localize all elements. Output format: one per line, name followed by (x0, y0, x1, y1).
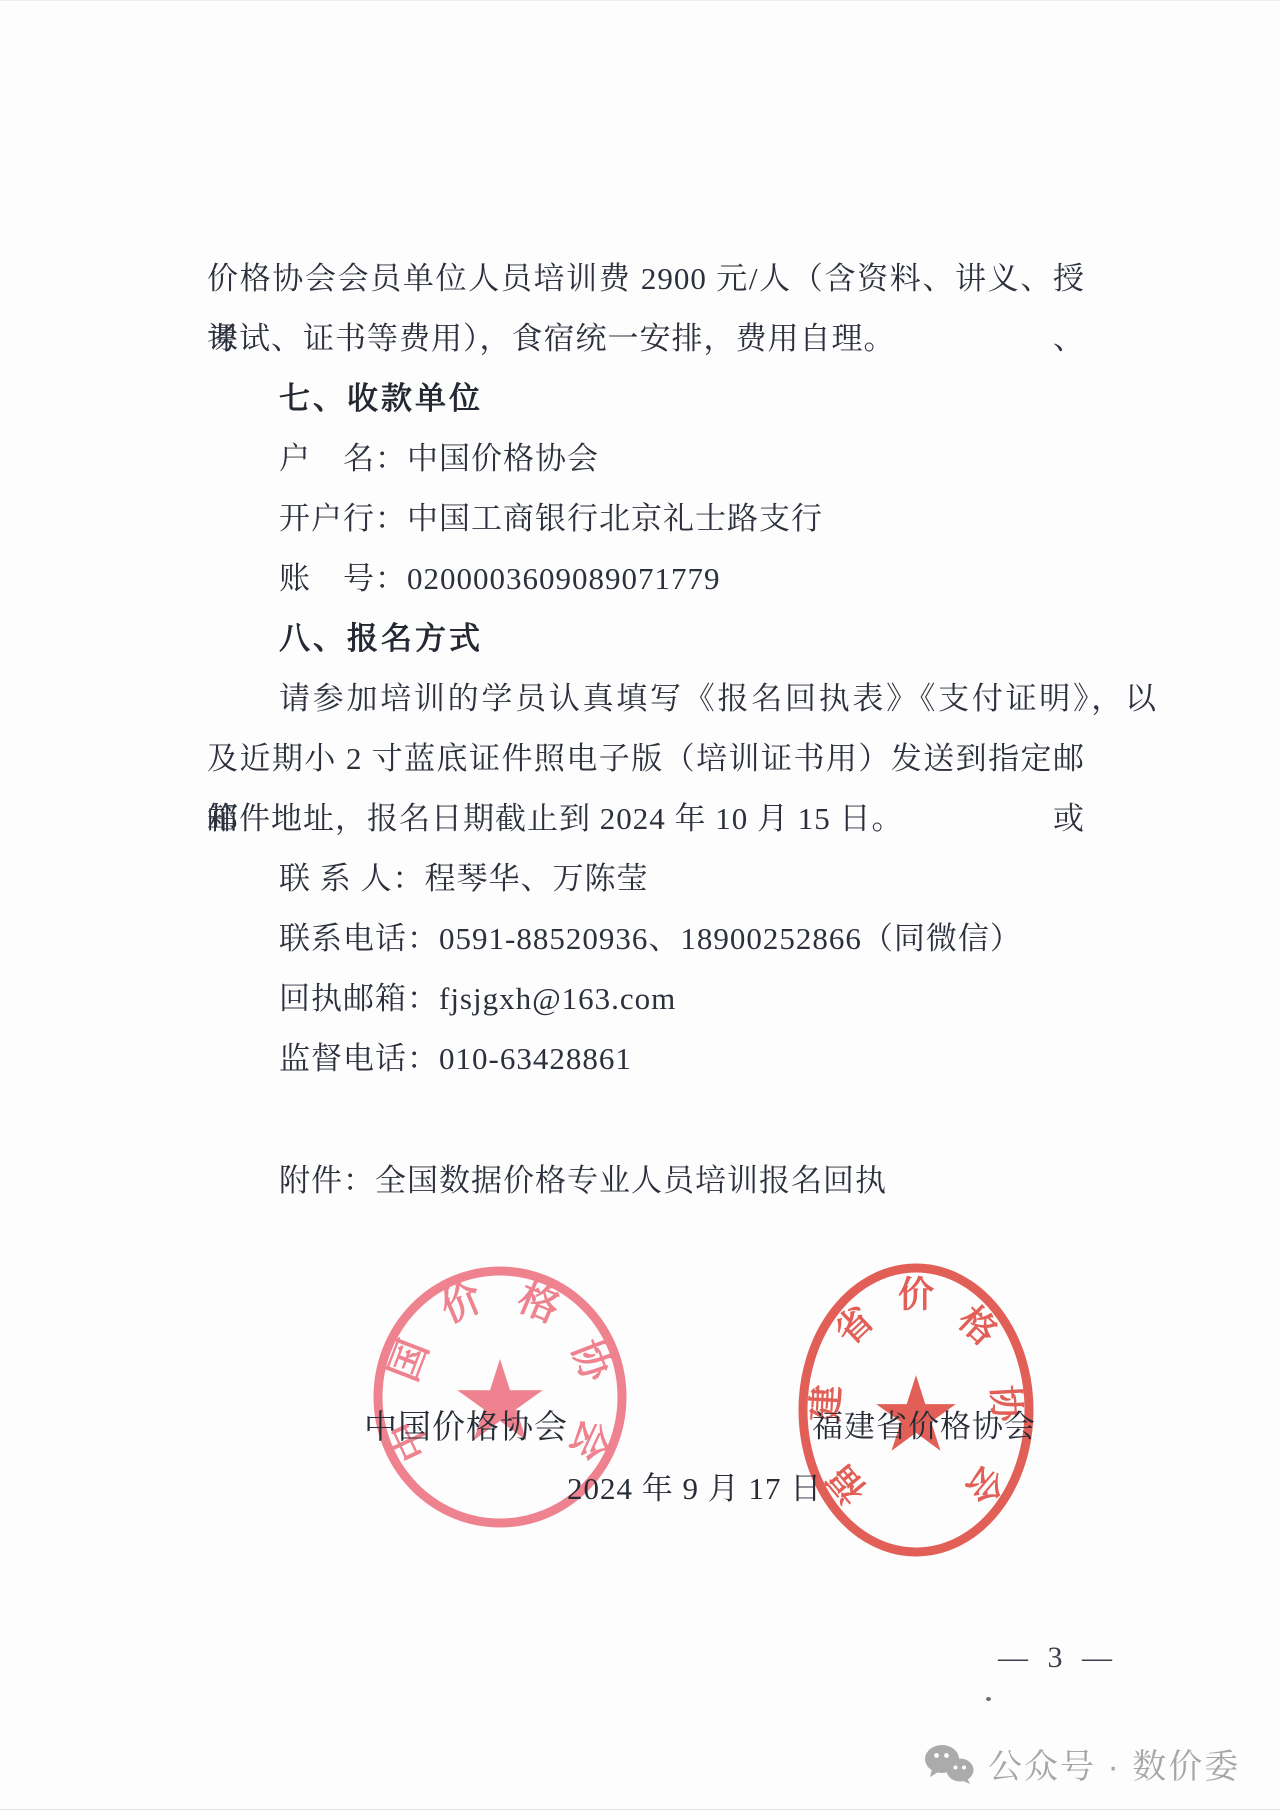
right-signing-org: 福建省价格协会 (812, 1401, 1036, 1446)
body-line: 价格协会会员单位人员培训费 2900 元/人（含资料、讲义、授课、 (207, 249, 1085, 309)
reply-email-line: 回执邮箱：fjsjgxh@163.com (207, 969, 1157, 1029)
contact-phone-line: 联系电话：0591-88520936、18900252866（同微信） (207, 909, 1157, 969)
section-heading-8: 八、报名方式 (207, 609, 1157, 669)
signature-date: 2024 年 9 月 17 日 (567, 1463, 822, 1508)
body-line: 考试、证书等费用），食宿统一安排，费用自理。 (207, 309, 1085, 369)
document-page: 价格协会会员单位人员培训费 2900 元/人（含资料、讲义、授课、 考试、证书等… (0, 0, 1280, 1810)
body-line: 请参加培训的学员认真填写《报名回执表》《支付证明》，以 (207, 669, 1157, 729)
deadline-line: 邮件地址，报名日期截止到 2024 年 10 月 15 日。 (207, 789, 1085, 849)
section-heading-7: 七、收款单位 (207, 369, 1157, 429)
account-number-line: 账 号：0200003609089071779 (207, 549, 1157, 609)
page-number: — 3 — (998, 1641, 1118, 1675)
left-signing-org: 中国价格协会 (364, 1401, 568, 1448)
wechat-icon (922, 1743, 976, 1785)
contact-person-line: 联 系 人：程琴华、万陈莹 (207, 849, 1157, 909)
watermark: 公众号 · 数价委 (922, 1739, 1240, 1788)
account-name-line: 户 名：中国价格协会 (207, 429, 1157, 489)
body-line: 及近期小 2 寸蓝底证件照电子版（培训证书用）发送到指定邮箱或 (207, 729, 1085, 789)
ink-speck (986, 1697, 991, 1701)
attachment-line: 附件：全国数据价格专业人员培训报名回执 (207, 1151, 1157, 1211)
seal-char: 价 (898, 1274, 934, 1314)
bank-line: 开户行：中国工商银行北京礼士路支行 (207, 489, 1157, 549)
watermark-text: 公众号 · 数价委 (988, 1739, 1240, 1788)
supervision-phone-line: 监督电话：010-63428861 (207, 1029, 1157, 1089)
